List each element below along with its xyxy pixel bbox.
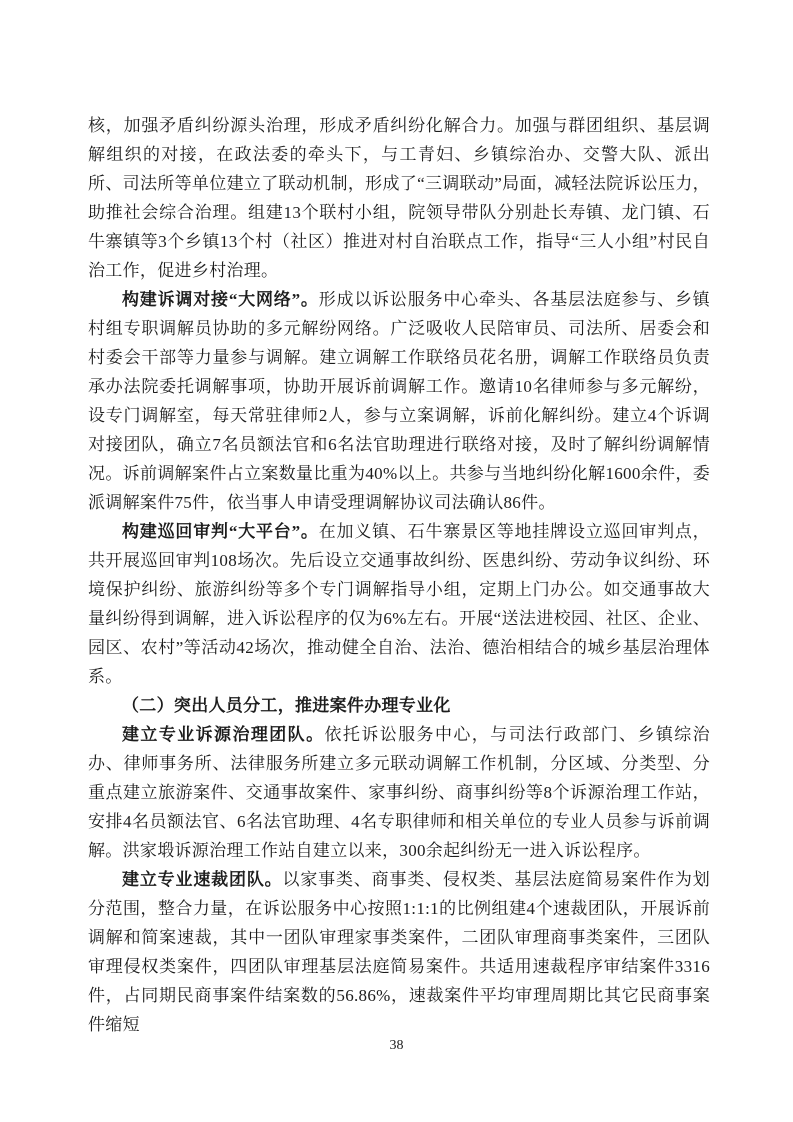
paragraph-continuation: 核，加强矛盾纠纷源头治理，形成矛盾纠纷化解合力。加强与群团组织、基层调解组织的对… xyxy=(88,111,710,285)
paragraph-lead: 建立专业诉源治理团队。 xyxy=(122,725,325,744)
paragraph-lead: 构建诉调对接“大网络”。 xyxy=(122,290,319,309)
page-number: 38 xyxy=(0,1036,793,1056)
paragraph-text: 依托诉讼服务中心，与司法行政部门、乡镇综治办、律师事务所、法律服务所建立多元联动… xyxy=(88,725,710,860)
paragraph-text: 以家事类、商事类、侵权类、基层法庭简易案件作为划分范围，整合力量，在诉讼服务中心… xyxy=(88,870,710,1034)
paragraph: 构建诉调对接“大网络”。形成以诉讼服务中心牵头、各基层法庭参与、乡镇村组专职调解… xyxy=(88,285,710,517)
paragraph: 建立专业诉源治理团队。依托诉讼服务中心，与司法行政部门、乡镇综治办、律师事务所、… xyxy=(88,720,710,865)
paragraph-text: 核，加强矛盾纠纷源头治理，形成矛盾纠纷化解合力。加强与群团组织、基层调解组织的对… xyxy=(88,116,710,280)
paragraph-text: 在加义镇、石牛寨景区等地挂牌设立巡回审判点，共开展巡回审判108场次。先后设立交… xyxy=(88,522,710,686)
paragraph-lead: 构建巡回审判“大平台”。 xyxy=(122,522,319,541)
paragraph: 建立专业速裁团队。以家事类、商事类、侵权类、基层法庭简易案件作为划分范围，整合力… xyxy=(88,865,710,1039)
paragraph: 构建巡回审判“大平台”。在加义镇、石牛寨景区等地挂牌设立巡回审判点，共开展巡回审… xyxy=(88,517,710,691)
paragraph-lead: 建立专业速裁团队。 xyxy=(122,870,283,889)
document-body: 核，加强矛盾纠纷源头治理，形成矛盾纠纷化解合力。加强与群团组织、基层调解组织的对… xyxy=(88,111,710,1039)
section-heading: （二）突出人员分工，推进案件办理专业化 xyxy=(88,691,710,720)
document-page: 核，加强矛盾纠纷源头治理，形成矛盾纠纷化解合力。加强与群团组织、基层调解组织的对… xyxy=(0,0,793,1122)
paragraph-text: 形成以诉讼服务中心牵头、各基层法庭参与、乡镇村组专职调解员协助的多元解纷网络。广… xyxy=(88,290,710,512)
